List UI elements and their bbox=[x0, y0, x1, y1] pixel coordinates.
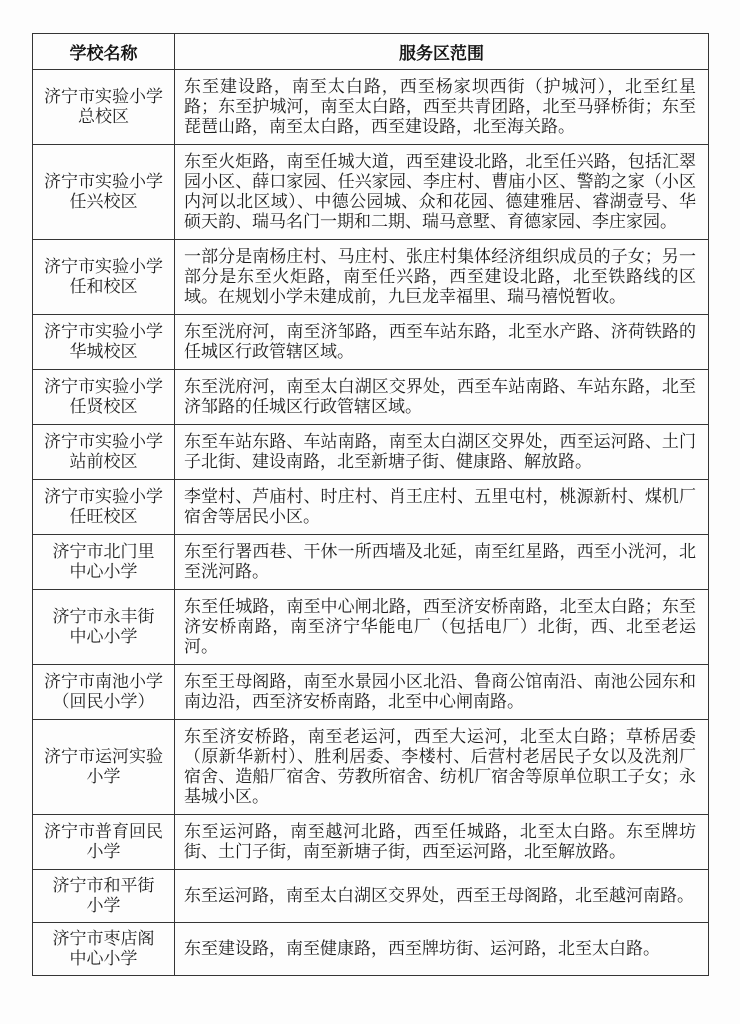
service-area-cell: 东至济安桥路，南至老运河，西至大运河，北至太白路；草桥居委（原新华新村）、胜利居… bbox=[175, 720, 709, 815]
table-row: 济宁市实验小学 总校区 东至建设路，南至太白路，西至杨家坝西街（护城河），北至红… bbox=[33, 70, 709, 145]
school-name-cell: 济宁市实验小学 总校区 bbox=[33, 70, 175, 145]
school-name-cell: 济宁市实验小学 任贤校区 bbox=[33, 370, 175, 425]
school-name-cell: 济宁市永丰街 中心小学 bbox=[33, 590, 175, 665]
table-row: 济宁市实验小学 任贤校区 东至洸府河，南至太白湖区交界处，西至车站南路、车站东路… bbox=[33, 370, 709, 425]
table-row: 济宁市实验小学 站前校区 东至车站东路、车站南路，南至太白湖区交界处，西至运河路… bbox=[33, 425, 709, 480]
table-row: 济宁市和平街 小学 东至运河路，南至太白湖区交界处，西至王母阁路，北至越河南路。 bbox=[33, 870, 709, 923]
table-row: 济宁市实验小学 任和校区 一部分是南杨庄村、马庄村、张庄村集体经济组织成员的子女… bbox=[33, 240, 709, 315]
school-name-cell: 济宁市实验小学 华城校区 bbox=[33, 315, 175, 370]
service-area-cell: 东至运河路，南至太白湖区交界处，西至王母阁路，北至越河南路。 bbox=[175, 870, 709, 923]
school-name-cell: 济宁市北门里 中心小学 bbox=[33, 535, 175, 590]
table-row: 济宁市永丰街 中心小学 东至任城路，南至中心闸北路，西至济安桥南路，北至太白路；… bbox=[33, 590, 709, 665]
school-name-cell: 济宁市实验小学 任兴校区 bbox=[33, 145, 175, 240]
school-name-cell: 济宁市枣店阁 中心小学 bbox=[33, 923, 175, 976]
school-name-cell: 济宁市实验小学 站前校区 bbox=[33, 425, 175, 480]
school-name-cell: 济宁市实验小学 任旺校区 bbox=[33, 480, 175, 535]
school-name-cell: 济宁市普育回民 小学 bbox=[33, 815, 175, 870]
table-row: 济宁市运河实验 小学 东至济安桥路，南至老运河，西至大运河，北至太白路；草桥居委… bbox=[33, 720, 709, 815]
table-row: 济宁市实验小学 任旺校区 李堂村、芦庙村、时庄村、肖王庄村、五里屯村，桃源新村、… bbox=[33, 480, 709, 535]
table-row: 济宁市实验小学 任兴校区 东至火炬路，南至任城大道，西至建设北路，北至任兴路，包… bbox=[33, 145, 709, 240]
document-page: 学校名称 服务区范围 济宁市实验小学 总校区 东至建设路，南至太白路，西至杨家坝… bbox=[0, 0, 740, 1024]
school-name-cell: 济宁市南池小学 （回民小学） bbox=[33, 665, 175, 720]
school-service-area-table: 学校名称 服务区范围 济宁市实验小学 总校区 东至建设路，南至太白路，西至杨家坝… bbox=[32, 33, 709, 976]
table-row: 济宁市枣店阁 中心小学 东至建设路，南至健康路，西至牌坊街、运河路，北至太白路。 bbox=[33, 923, 709, 976]
service-area-cell: 东至建设路，南至太白路，西至杨家坝西街（护城河），北至红星路；东至护城河，南至太… bbox=[175, 70, 709, 145]
column-header-service-area: 服务区范围 bbox=[175, 34, 709, 70]
service-area-cell: 东至行署西巷、干休一所西墙及北延，南至红星路，西至小洸河，北至洸河路。 bbox=[175, 535, 709, 590]
service-area-cell: 东至建设路，南至健康路，西至牌坊街、运河路，北至太白路。 bbox=[175, 923, 709, 976]
service-area-cell: 一部分是南杨庄村、马庄村、张庄村集体经济组织成员的子女；另一部分是东至火炬路，南… bbox=[175, 240, 709, 315]
school-name-cell: 济宁市运河实验 小学 bbox=[33, 720, 175, 815]
table-header-row: 学校名称 服务区范围 bbox=[33, 34, 709, 70]
school-name-cell: 济宁市实验小学 任和校区 bbox=[33, 240, 175, 315]
table-row: 济宁市实验小学 华城校区 东至洸府河，南至济邹路，西至车站东路，北至水产路、济荷… bbox=[33, 315, 709, 370]
table-row: 济宁市普育回民 小学 东至运河路，南至越河北路，西至任城路，北至太白路。东至牌坊… bbox=[33, 815, 709, 870]
school-name-cell: 济宁市和平街 小学 bbox=[33, 870, 175, 923]
service-area-cell: 东至运河路，南至越河北路，西至任城路，北至太白路。东至牌坊街、土门子街，南至新塘… bbox=[175, 815, 709, 870]
service-area-cell: 东至洸府河，南至济邹路，西至车站东路，北至水产路、济荷铁路的任城区行政管辖区域。 bbox=[175, 315, 709, 370]
table-row: 济宁市南池小学 （回民小学） 东至王母阁路，南至水景园小区北沿、鲁商公馆南沿、南… bbox=[33, 665, 709, 720]
table-row: 济宁市北门里 中心小学 东至行署西巷、干休一所西墙及北延，南至红星路，西至小洸河… bbox=[33, 535, 709, 590]
service-area-cell: 东至车站东路、车站南路，南至太白湖区交界处，西至运河路、土门子北街、建设南路，北… bbox=[175, 425, 709, 480]
service-area-cell: 东至火炬路，南至任城大道，西至建设北路，北至任兴路，包括汇翠园小区、薛口家园、任… bbox=[175, 145, 709, 240]
service-area-cell: 李堂村、芦庙村、时庄村、肖王庄村、五里屯村，桃源新村、煤机厂宿舍等居民小区。 bbox=[175, 480, 709, 535]
column-header-school-name: 学校名称 bbox=[33, 34, 175, 70]
service-area-cell: 东至王母阁路，南至水景园小区北沿、鲁商公馆南沿、南池公园东和南边沿，西至济安桥南… bbox=[175, 665, 709, 720]
service-area-cell: 东至任城路，南至中心闸北路，西至济安桥南路，北至太白路；东至济安桥南路，南至济宁… bbox=[175, 590, 709, 665]
service-area-cell: 东至洸府河，南至太白湖区交界处，西至车站南路、车站东路，北至济邹路的任城区行政管… bbox=[175, 370, 709, 425]
